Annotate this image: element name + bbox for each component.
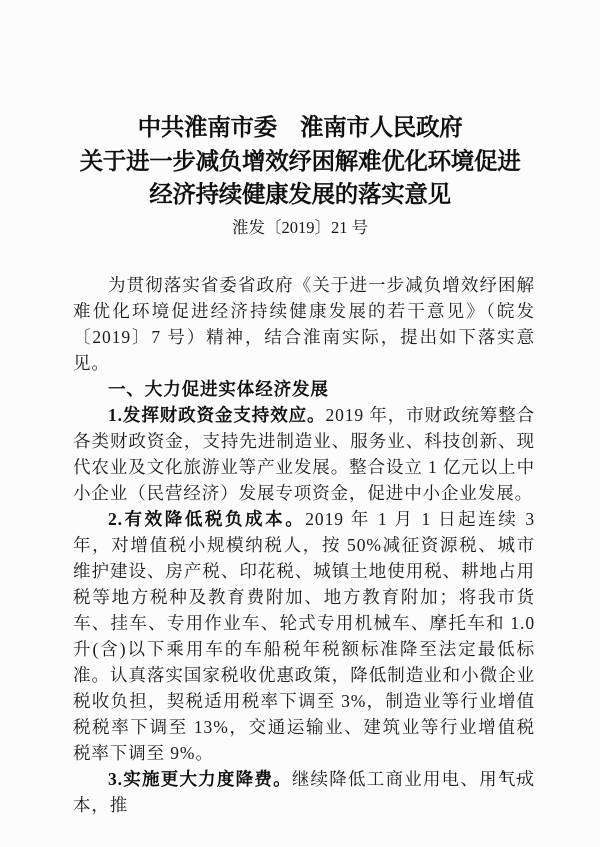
paragraph-item-2-lead: 2.有效降低税负成本。 bbox=[108, 509, 305, 529]
document-reference-number: 淮发〔2019〕21 号 bbox=[0, 217, 600, 239]
paragraph-intro: 为贯彻落实省委省政府《关于进一步减负增效纾困解难优化环境促进经济持续健康发展的若… bbox=[73, 272, 535, 376]
paragraph-item-3: 3.实施更大力度降费。继续降低工商业用电、用气成本，推 bbox=[73, 766, 535, 818]
document-title-line-2: 关于进一步减负增效纾困解难优化环境促进 bbox=[0, 146, 600, 180]
document-body: 为贯彻落实省委省政府《关于进一步减负增效纾困解难优化环境促进经济持续健康发展的若… bbox=[73, 272, 535, 818]
paragraph-item-2-text: 2019 年 1 月 1 日起连续 3 年，对增值税小规模纳税人，按 50%减征… bbox=[73, 509, 535, 763]
section-heading: 一、大力促进实体经济发展 bbox=[73, 376, 535, 402]
document-title: 中共淮南市委 淮南市人民政府 关于进一步减负增效纾困解难优化环境促进 经济持续健… bbox=[0, 112, 600, 213]
paragraph-item-1: 1.发挥财政资金支持效应。2019 年，市财政统筹整合各类财政资金，支持先进制造… bbox=[73, 402, 535, 506]
document-title-line-1: 中共淮南市委 淮南市人民政府 bbox=[0, 112, 600, 146]
scanned-document-page: 中共淮南市委 淮南市人民政府 关于进一步减负增效纾困解难优化环境促进 经济持续健… bbox=[0, 0, 600, 847]
paragraph-item-2: 2.有效降低税负成本。2019 年 1 月 1 日起连续 3 年，对增值税小规模… bbox=[73, 506, 535, 766]
paragraph-item-1-lead: 1.发挥财政资金支持效应。 bbox=[108, 405, 325, 425]
document-title-line-3: 经济持续健康发展的落实意见 bbox=[0, 179, 600, 213]
page-number: - 1 - bbox=[487, 768, 523, 788]
paragraph-item-3-lead: 3.实施更大力度降费。 bbox=[108, 769, 292, 789]
